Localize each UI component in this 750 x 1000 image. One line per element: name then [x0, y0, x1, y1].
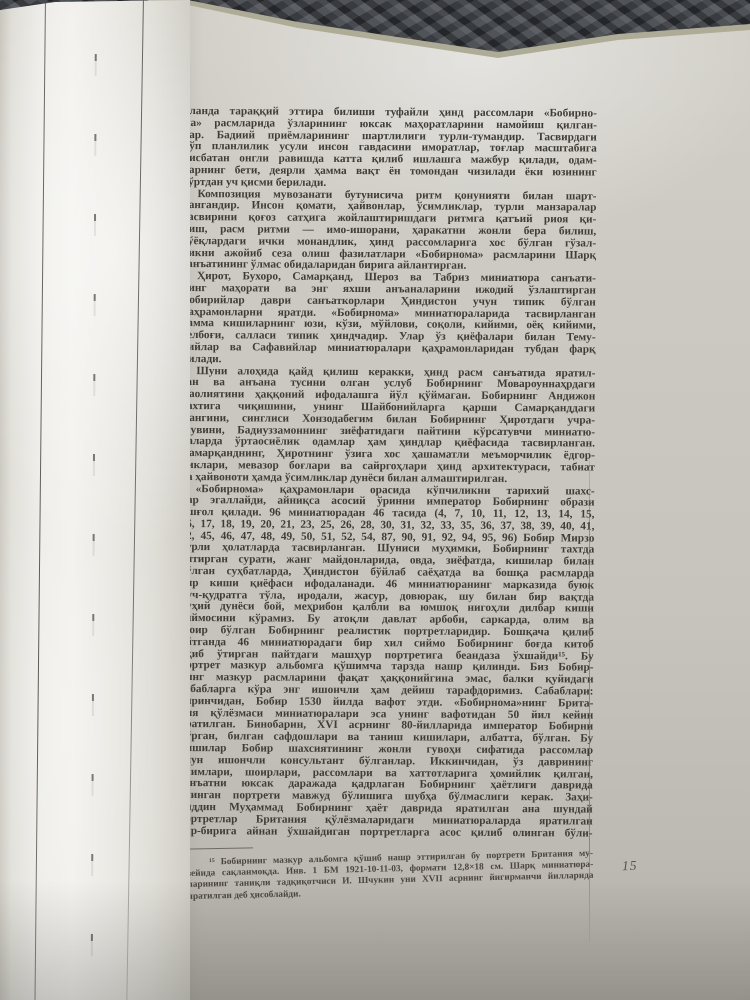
paragraph: планда тараққий эттира билиши туфайли ҳи… — [182, 106, 596, 191]
footnote-text: ¹⁵ Бобирнинг мазкур альбомга қўшиб нашр … — [187, 849, 594, 903]
page-crease-line — [589, 430, 590, 942]
paragraph: ¹⁵ Бобирнинг мазкур альбомга қўшиб нашр … — [187, 849, 594, 903]
page-fold-line — [126, 0, 144, 1000]
page-fold-line — [34, 0, 46, 1000]
paragraph: Шуни алоҳида қайд қилиш керакки, ҳинд ра… — [181, 366, 596, 486]
page-number: 15 — [622, 858, 638, 875]
binding-seam — [91, 0, 97, 1000]
book-left-pages — [0, 0, 190, 1000]
paragraph: «Бобирнома» қаҳрамонлари орасида кўпчили… — [179, 483, 595, 839]
footnote-separator — [185, 847, 253, 849]
text-line: бир-бирига айнан ўхшайдиган портретларга… — [179, 826, 593, 840]
book-photo: планда тараққий эттира билиши туфайли ҳи… — [0, 0, 750, 1000]
body-text: планда тараққий эттира билиши туфайли ҳи… — [179, 106, 597, 840]
paragraph: Ҳирот, Бухоро, Самарқанд, Шероз ва Табри… — [181, 271, 596, 368]
paragraph: Композиция мувозанати бутунисича ритм қо… — [182, 189, 596, 274]
book-page: планда тараққий эттира билиши туфайли ҳи… — [148, 0, 750, 1000]
text-line: рийлар ва Сафавийлар миниатюралари қаҳра… — [181, 342, 595, 356]
